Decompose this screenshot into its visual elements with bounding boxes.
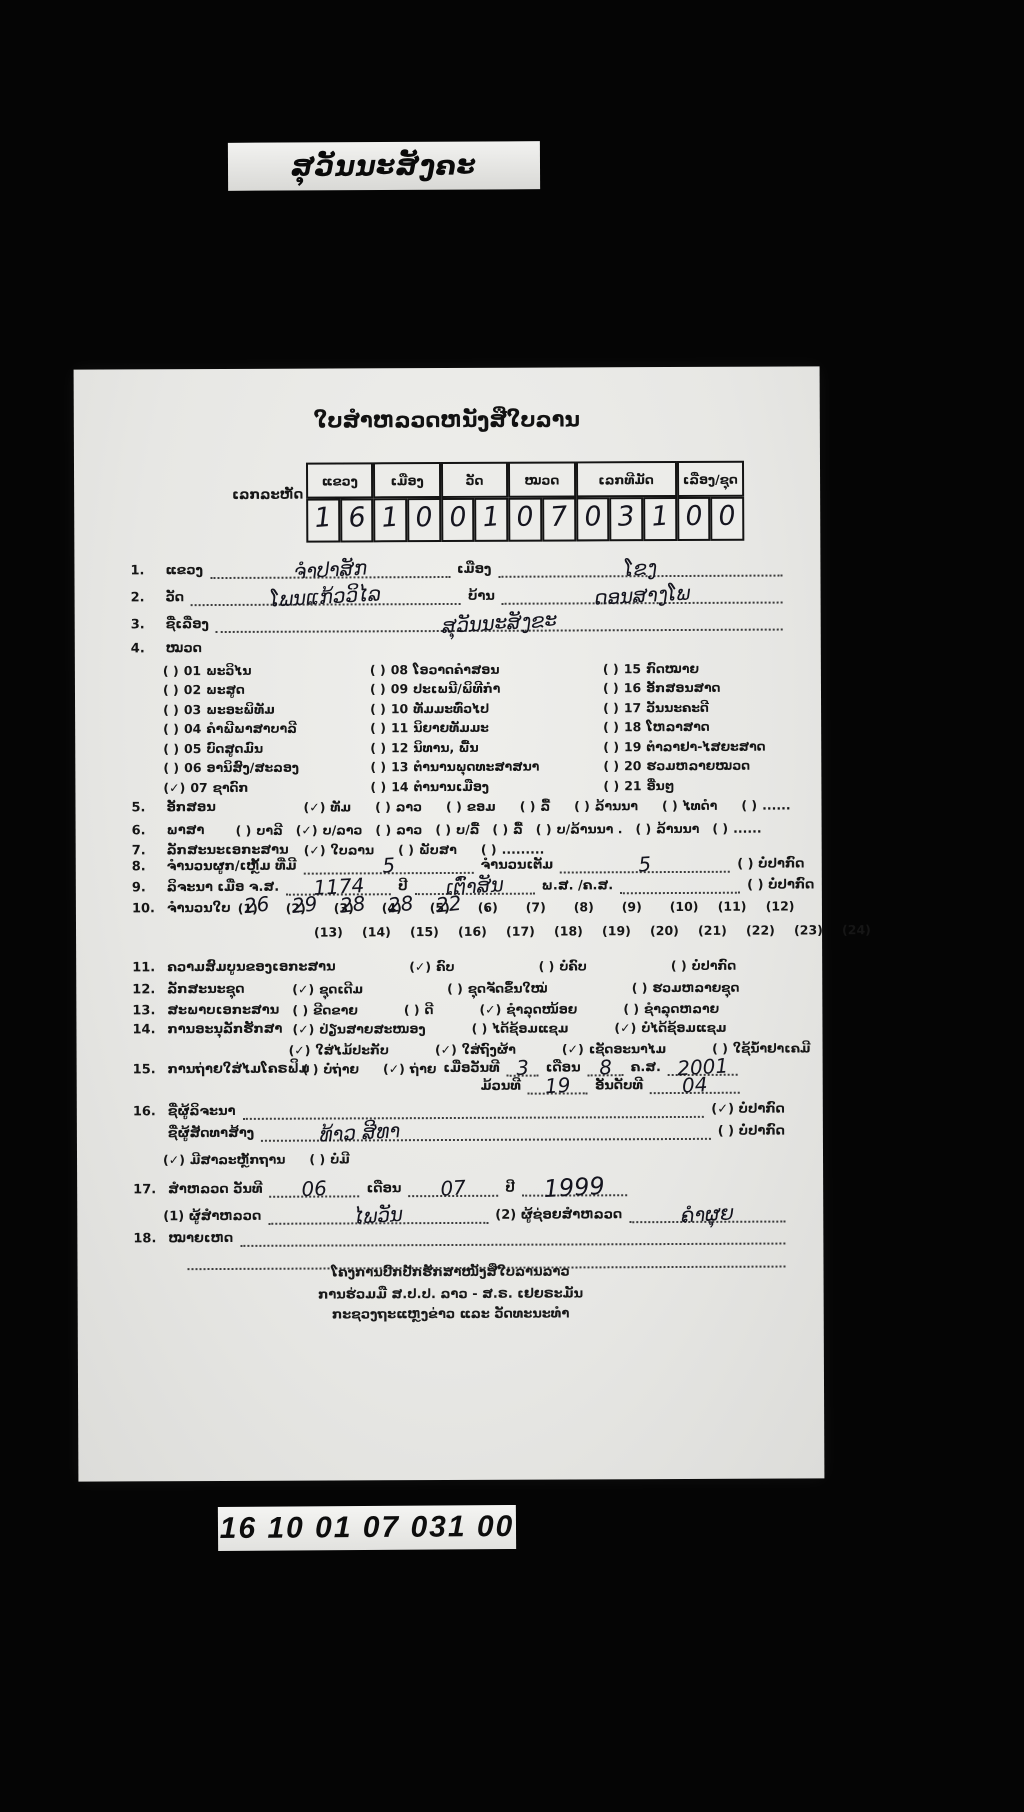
- checkbox-mark: ( ): [671, 957, 687, 973]
- leaf-count-slot: (7): [526, 899, 570, 915]
- checkbox-mark: ( ): [520, 798, 536, 814]
- option-label: ໂຫລາສາດ: [646, 719, 709, 734]
- handwritten-district: ໂຂງ: [624, 559, 657, 577]
- category-option: ( ) 18 ໂຫລາສາດ: [603, 714, 765, 734]
- form-line-microfilm-2: ມ້ວນທີ 19 ອັນດັບທີ 04: [481, 1078, 781, 1095]
- leaf-count-slot: (23): [794, 922, 838, 938]
- slot-label: (17): [506, 924, 535, 939]
- remarks-label: ໝາຍເຫດ: [168, 1231, 233, 1247]
- option-label: ຖ່າຍ: [410, 1061, 437, 1077]
- completeness-option: ( ) ບໍ່ປາກົດ: [671, 954, 736, 974]
- category-option: ( ) 21 ອື່ນໆ: [603, 773, 765, 793]
- option-label: ຊຸດເດີມ: [319, 981, 363, 997]
- option-number: 01: [184, 663, 201, 678]
- option-label: ຊຳລຸດຫລາຍ: [644, 1000, 719, 1016]
- leaf-count-slot: (21): [698, 923, 742, 939]
- category-option: ( ) 02 ພະສູດ: [163, 677, 299, 697]
- language-option: ( ) ......: [712, 817, 761, 837]
- category-option: ( ) 13 ຕຳນານພຸດທະສາສນາ: [370, 754, 539, 774]
- leaf-count-slot: 29 (2): [286, 901, 330, 917]
- checkbox-mark: ( ): [712, 820, 728, 836]
- leaf-count-slot: (24): [842, 922, 886, 938]
- leaf-count-slot: 26 (1): [238, 901, 282, 917]
- set-type-option: (✓) ຊຸດເດີມ: [292, 977, 363, 997]
- film-date-label: ເມື່ອວັນທີ: [443, 1060, 499, 1076]
- not-shown-option: ( ) ບໍ່ປາກົດ: [737, 856, 804, 872]
- code-digit-cell: 1: [374, 498, 408, 542]
- option-label: ......: [733, 820, 762, 836]
- footer-line: ການຮ່ວມມື ສ.ປ.ປ. ລາວ - ສ.ຣ. ເຢຍຣະມັນ: [78, 1285, 824, 1303]
- leaf-count-slot: (11): [718, 899, 762, 915]
- option-number: 14: [391, 779, 408, 794]
- survey-month-field: 07: [408, 1182, 498, 1197]
- code-digit-cell: 1: [643, 497, 677, 541]
- completeness-options: (✓) ຄົບ ( ) ບໍ່ຄົບ ( ) ບໍ່ປາກົດ: [409, 954, 736, 975]
- code-digit-cell: 6: [340, 498, 374, 542]
- line-number: 16.: [133, 1104, 161, 1120]
- option-number: 21: [624, 778, 641, 793]
- option-label: ຕຳລາຢາ-ໄສຍະສາດ: [646, 738, 765, 754]
- line-number: 3.: [131, 617, 159, 633]
- form-title: ໃບສຳຫລວດຫນັງສືໃບລານ: [74, 406, 820, 433]
- slot-label: (24): [842, 922, 871, 937]
- checkbox-mark: (✓): [303, 799, 325, 815]
- handwritten-digit: 1: [307, 501, 339, 534]
- option-label: ຮວມຫລາຍໝວດ: [646, 758, 750, 773]
- leaf-count-slot: (8): [574, 899, 618, 915]
- option-label: ລາວ: [396, 822, 422, 838]
- script-option: ( ) ລາວ: [375, 795, 422, 815]
- handwritten-film-day: 3: [516, 1059, 530, 1076]
- option-label: ນິຍາຍທັມມະ: [413, 720, 489, 735]
- option-label: ອານິສົງ/ສະລອງ: [206, 760, 299, 775]
- category-column-1: ( ) 01 ພະວິໄນ ( ) 02 ພະສູດ ( ) 03 ພະອະພິ…: [163, 658, 299, 795]
- checkbox-mark: ( ): [435, 821, 451, 837]
- microfilm-option: (✓) ຖ່າຍ: [383, 1057, 436, 1077]
- option-label: ໂອວາດຄຳສອນ: [413, 661, 499, 676]
- option-label: ດີ: [425, 1002, 434, 1018]
- handwritten-digit: 0: [577, 500, 609, 533]
- option-label: ພະອະພິທັມ: [206, 701, 275, 716]
- option-label: ທັມມະທົ່ວໄປ: [413, 700, 489, 715]
- code-column-header: ເມືອງ: [373, 462, 441, 498]
- checkbox-mark: ( ): [370, 779, 386, 794]
- doctype-options: (✓) ໃບລານ ( ) ພັບສາ ( ) .........: [304, 838, 545, 859]
- category-option: ( ) 15 ກົດໝາຍ: [603, 656, 765, 676]
- survey-day-field: 06: [270, 1182, 360, 1197]
- leaf-count-slots-2: (13) (14) (15) (16): [314, 922, 886, 940]
- option-label: ກົດໝາຍ: [646, 660, 699, 675]
- survey-date-label: ສຳຫລວດ ວັນທີ: [168, 1182, 263, 1198]
- category-option: ( ) 01 ພະວິໄນ: [163, 658, 299, 678]
- category-option: ( ) 12 ນິທານ, ພື້ນ: [370, 735, 539, 755]
- code-digit-cell: 1: [306, 498, 340, 542]
- option-label: ໃຊ້ນ້ຳຢາເຄມີ: [733, 1040, 811, 1056]
- checkbox-mark: ( ): [539, 958, 555, 974]
- conservation-option: (✓) ໃສ່ໄມ້ປະກັບ: [288, 1038, 388, 1058]
- category-option: ( ) 03 ພະອະພິທັມ: [163, 697, 299, 717]
- handwritten-digit: 7: [543, 500, 575, 533]
- option-label: ພະວິໄນ: [206, 662, 251, 677]
- handwritten-manuscript-title: ສຸວັນນະສັງຂະ: [441, 612, 557, 634]
- slot-label: (22): [746, 923, 775, 938]
- temple-field: ໂພນແກ້ວວິໄລ: [191, 590, 461, 606]
- slot-label: (11): [718, 899, 747, 914]
- checkbox-mark: ( ): [603, 719, 619, 734]
- option-label: ຊຳລຸດໜ້ອຍ: [506, 1001, 577, 1017]
- condition-option: (✓) ຊຳລຸດໜ້ອຍ: [479, 997, 577, 1017]
- option-label: ບໍ່ມີ: [330, 1151, 350, 1167]
- handwritten-donor: ທ້າວ ສີທາ: [319, 1122, 401, 1143]
- code-column-header: ວັດ: [441, 462, 509, 498]
- script-option: ( ) ໄທດຳ: [662, 794, 717, 814]
- evidence-options: (✓) ມີສາລະຫຼັກຖານ ( ) ບໍ່ມີ: [163, 1147, 350, 1167]
- checkbox-mark: ( ): [163, 760, 179, 775]
- leaf-count-slot: 28 (3): [334, 900, 378, 916]
- line-number: 10.: [132, 901, 160, 917]
- category-label: ໝວດ: [166, 641, 202, 657]
- set-type-options: (✓) ຊຸດເດີມ ( ) ຊຸດຈັດຂຶ້ນໃໝ່ ( ) ຮວມຫລາ…: [292, 976, 739, 997]
- leaf-count-slot: (13): [314, 924, 358, 940]
- leaf-count-slot: (17): [506, 924, 550, 940]
- checkbox-mark: ( ): [303, 1061, 319, 1077]
- checkbox-mark: (✓): [409, 959, 431, 975]
- form-line-scribe: 16. ຊື່ຜູ້ລິຈະນາ (✓) ບໍ່ປາກົດ: [133, 1102, 785, 1121]
- checkbox-mark: (✓): [289, 1042, 311, 1058]
- line-number: 12.: [132, 982, 160, 998]
- checkbox-mark: ( ): [370, 740, 386, 755]
- leaf-count-slot: . (6): [478, 900, 522, 916]
- option-label: ພັບສາ: [419, 841, 457, 857]
- handwritten-reel-number: 19: [545, 1077, 571, 1094]
- option-label: ນິທານ, ພື້ນ: [413, 739, 478, 754]
- microfilm-option: ( ) ບໍ່ຖ່າຍ: [303, 1057, 359, 1077]
- line-number: 11.: [132, 960, 160, 976]
- option-number: 20: [624, 758, 641, 773]
- checkbox-mark: (✓): [479, 1001, 501, 1017]
- handwritten-leaf-count: 28: [387, 895, 414, 914]
- handwritten-order-number: 04: [682, 1076, 708, 1093]
- code-grid: ແຂວງ ເມືອງ ວັດ ໝວດ ເລກທີມັດ ເລື່ອງ/ຊຸດ 1: [306, 461, 744, 543]
- option-label: ໃສ່ໄມ້ປະກັບ: [315, 1042, 389, 1058]
- handwritten-digit: 0: [509, 501, 541, 534]
- option-label: ບາລີ: [256, 822, 282, 838]
- order-field: 04: [650, 1079, 740, 1094]
- checkbox-mark: ( ): [536, 821, 552, 837]
- option-label: ທັມ: [330, 799, 351, 815]
- not-shown-option: ( ) ບໍ່ປາກົດ: [747, 877, 814, 893]
- province-label: ແຂວງ: [165, 563, 203, 579]
- category-column-2: ( ) 08 ໂອວາດຄຳສອນ ( ) 09 ປະເພນີ/ພິທີກຳ (…: [370, 657, 540, 794]
- slot-label: (8): [574, 899, 594, 914]
- form-line-province: 1. ແຂວງ ຈຳປາສັກ ເມືອງ ໂຂງ: [130, 561, 782, 580]
- code-digit-cell: 0: [576, 497, 610, 541]
- handwritten-province: ຈຳປາສັກ: [293, 559, 367, 579]
- option-label: .........: [502, 841, 545, 857]
- checkbox-mark: ( ): [603, 758, 619, 773]
- handwritten-digit: 0: [408, 501, 440, 534]
- option-label: ຄຳພີພາສາບາລີ: [206, 721, 297, 736]
- option-label: ໄດ້ຊ້ອມແຊມ: [492, 1020, 568, 1036]
- handwritten-leaf-count: .: [483, 896, 491, 913]
- code-column-header: ເລື່ອງ/ຊຸດ: [677, 461, 745, 497]
- checkbox-mark: ( ): [370, 681, 386, 696]
- line-number: 4.: [131, 641, 159, 657]
- condition-option: ( ) ຂີດຂາຍ: [292, 998, 358, 1018]
- checkbox-mark: ( ): [741, 797, 757, 813]
- language-options: ( ) ບາລີ (✓) ບ/ລາວ ( ) ລາວ ( ): [236, 817, 762, 839]
- option-label: ຕຳນານພຸດທະສາສນາ: [413, 759, 539, 775]
- option-label: ຄົບ: [436, 958, 455, 974]
- script-option: ( ) ຂອມ: [446, 795, 496, 815]
- option-label: ມີສາລະຫຼັກຖານ: [190, 1151, 286, 1167]
- conservation-option: (✓) ເຊັດອະນາໄມ: [562, 1037, 666, 1057]
- code-digit-cell: 0: [508, 498, 542, 542]
- slot-label: (7): [526, 900, 546, 915]
- slot-label: (12): [766, 898, 795, 913]
- fascicles-full-label: ຈຳນວນເຕັມ: [481, 858, 554, 874]
- handwritten-leaf-count: 29: [291, 895, 318, 914]
- leaf-count-slot: (18): [554, 923, 598, 939]
- checkbox-mark: ( ): [163, 682, 179, 697]
- option-number: 17: [624, 700, 641, 715]
- district-label: ເມືອງ: [457, 562, 491, 578]
- option-number: 02: [184, 682, 201, 697]
- code-grid-digit-row: 1 6 1 0 0: [306, 497, 744, 543]
- option-label: ......: [762, 797, 791, 813]
- form-line-completeness: 11. ຄວາມສົມບູນຂອງເອກະສານ (✓) ຄົບ ( ) ບໍ່…: [132, 954, 784, 976]
- line-number: 13.: [132, 1003, 160, 1019]
- film-title-text: ສຸວັນນະສັງຄະ: [291, 150, 476, 182]
- option-label: ບ/ລື້: [456, 821, 479, 837]
- option-label: ລື້: [513, 821, 523, 837]
- completeness-option: ( ) ບໍ່ຄົບ: [538, 954, 586, 974]
- footer-line: ກະຊວງຖະແຫຼງຂ່າວ ແລະ ວັດທະນະທຳ: [78, 1305, 824, 1323]
- option-number: 04: [184, 721, 201, 736]
- village-field: ດອນສາງໂພ: [502, 589, 783, 605]
- doctype-option: ( ) .........: [481, 838, 545, 858]
- option-label: ເຊັດອະນາໄມ: [589, 1041, 666, 1057]
- form-line-category: 4. ໝວດ: [131, 639, 783, 658]
- checkbox-mark: (✓): [614, 1020, 636, 1036]
- manuscript-title-field: ສຸວັນນະສັງຂະ: [216, 616, 783, 633]
- option-number: 08: [391, 662, 408, 677]
- option-label: ລື້: [540, 798, 550, 814]
- line-number: 8.: [132, 859, 160, 875]
- option-number: 06: [184, 760, 201, 775]
- district-field: ໂຂງ: [498, 562, 782, 578]
- checkbox-mark: (✓): [435, 1041, 457, 1057]
- option-label: ອື່ນໆ: [647, 778, 675, 793]
- handwritten-surveyor: ໄພວັນ: [353, 1206, 403, 1225]
- code-digit-cell: 0: [677, 497, 711, 541]
- option-label: ລ້ານນາ: [595, 798, 638, 814]
- option-label: ລ້ານນາ: [656, 820, 699, 836]
- code-digit-cell: 7: [542, 497, 576, 541]
- film-day-field: 3: [507, 1061, 539, 1076]
- slot-label: (18): [554, 923, 583, 938]
- form-line-conservation-1: 14. ການອະນຸລັກຮັກສາ (✓) ປ່ຽນສາຍສະໜອງ ( )…: [132, 1016, 784, 1038]
- checkbox-mark: ( ): [309, 1151, 325, 1167]
- checkbox-mark: ( ): [370, 701, 386, 716]
- evidence-option: (✓) ມີສາລະຫຼັກຖານ: [163, 1148, 285, 1168]
- option-label: ຂີດຂາຍ: [313, 1002, 358, 1018]
- checkbox-mark: ( ): [370, 759, 386, 774]
- language-option: ( ) ລ້ານນາ: [635, 817, 699, 837]
- category-option: ( ) 05 ບົດສູດມົນ: [163, 736, 299, 756]
- checkbox-mark: ( ): [603, 661, 619, 676]
- code-digit-cell: 1: [475, 498, 509, 542]
- footer-block: ໂຄງການປົກປັກຮັກສາໜັງສືໃບລານລາວ ການຮ່ວມມື…: [74, 366, 820, 369]
- not-shown-option: ( ) ບໍ່ປາກົດ: [718, 1124, 785, 1140]
- checkbox-mark: ( ): [404, 1002, 420, 1018]
- option-number: 11: [391, 720, 408, 735]
- slot-label: (13): [314, 924, 343, 939]
- set-type-label: ລັກສະນະຊຸດ: [167, 981, 285, 998]
- code-grid-header-row: ແຂວງ ເມືອງ ວັດ ໝວດ ເລກທີມັດ ເລື່ອງ/ຊຸດ: [306, 461, 744, 499]
- handwritten-village: ດອນສາງໂພ: [594, 584, 690, 605]
- handwritten-digit: 0: [442, 501, 474, 534]
- code-column-header: ເລກທີມັດ: [576, 461, 677, 497]
- bottom-code-text: 16 10 01 07 031 00: [220, 1510, 515, 1546]
- leaf-count-slots-1: 26 (1) 29 (2) 28 (3) 28: [238, 898, 810, 916]
- leaf-count-slot: (22): [746, 923, 790, 939]
- checkbox-mark: (✓): [296, 822, 318, 838]
- checkbox-mark: ( ): [662, 798, 678, 814]
- handwritten-digit: 1: [374, 501, 406, 534]
- line-number: 2.: [131, 590, 159, 606]
- line-number: 15.: [133, 1062, 161, 1078]
- checkbox-mark: ( ): [236, 822, 252, 838]
- checkbox-mark: ( ): [163, 741, 179, 756]
- script-option: (✓) ທັມ: [303, 795, 351, 815]
- category-option: ( ) 10 ທັມມະທົ່ວໄປ: [370, 696, 539, 716]
- form-line-leaf-counts-1: 10. ຈຳນວນໃບ 26 (1) 29 (2) 28: [132, 899, 784, 918]
- village-label: ບ້ານ: [468, 589, 495, 605]
- fascicles-full-field: 5: [560, 858, 730, 874]
- handwritten-survey-year: 1999: [543, 1178, 605, 1197]
- leaf-count-label: ຈຳນວນໃບ: [167, 901, 231, 917]
- checkbox-mark: (✓): [292, 1021, 314, 1037]
- checkbox-mark: (✓): [292, 981, 314, 997]
- checkbox-mark: ( ): [481, 841, 497, 857]
- code-digit-cell: 3: [609, 497, 643, 541]
- form-line-fascicles: 8. ຈຳນວນຜູກ/ເຫຼັ້ມ ທີ່ມີ 5 ຈຳນວນເຕັມ 5 (…: [132, 857, 784, 876]
- option-label: ຊຸດຈັດຂຶ້ນໃໝ່: [468, 980, 548, 996]
- set-type-option: ( ) ຊຸດຈັດຂຶ້ນໃໝ່: [447, 977, 548, 997]
- form-line-leaf-counts-2: (13) (14) (15) (16): [314, 922, 834, 940]
- handwritten-digit: 3: [610, 500, 642, 533]
- microfilm-label: ການຖ່າຍໃສ່ໄມໂຄຣຟິມ: [168, 1061, 296, 1078]
- checkbox-mark: ( ): [623, 1001, 639, 1017]
- leaf-count-slot: (9): [622, 899, 666, 915]
- handwritten-fascicles-have: 5: [382, 857, 396, 874]
- checkbox-mark: ( ): [446, 798, 462, 814]
- completeness-label: ຄວາມສົມບູນຂອງເອກະສານ: [167, 959, 402, 976]
- handwritten-survey-month: 07: [440, 1179, 466, 1196]
- option-label: ບໍ່ຄົບ: [559, 958, 587, 974]
- scribe-field: [242, 1103, 704, 1120]
- checkbox-mark: ( ): [603, 680, 619, 695]
- line-number: 7.: [132, 843, 160, 859]
- condition-label: ສະພາບເອກະສານ: [167, 1002, 285, 1019]
- checkbox-mark: ( ): [603, 778, 619, 793]
- microfilm-options: ( ) ບໍ່ຖ່າຍ (✓) ຖ່າຍ: [303, 1057, 437, 1077]
- reel-label: ມ້ວນທີ: [481, 1079, 521, 1095]
- donor-field: ທ້າວ ສີທາ: [261, 1125, 711, 1142]
- checkbox-mark: ( ): [632, 980, 648, 996]
- option-label: ຂອມ: [467, 798, 496, 814]
- scribe-label: ຊື່ຜູ້ລິຈະນາ: [168, 1104, 236, 1120]
- checkbox-mark: ( ): [398, 842, 414, 858]
- temple-label: ວັດ: [166, 590, 185, 606]
- option-label: ບໍ່ຖ່າຍ: [323, 1061, 359, 1077]
- option-number: 16: [624, 680, 641, 695]
- category-option: ( ) 16 ອັກສອນສາດ: [603, 675, 765, 695]
- fascicles-have-field: 5: [304, 859, 474, 875]
- handwritten-digit: 6: [341, 501, 373, 534]
- order-label: ອັນດັບທີ: [595, 1078, 643, 1094]
- handwritten-leaf-count: 28: [339, 895, 366, 914]
- script-option: ( ) ລ້ານນາ: [574, 794, 638, 814]
- completeness-option: (✓) ຄົບ: [409, 955, 454, 975]
- code-grid-label: ເລກລະຫັດ: [232, 487, 303, 503]
- film-era-label: ຄ.ສ.: [631, 1060, 661, 1076]
- assistant-surveyor-label: (2) ຜູ້ຊ່ອຍສຳຫລວດ: [495, 1207, 622, 1224]
- leaf-count-slot: (10): [670, 899, 714, 915]
- script-options: (✓) ທັມ ( ) ລາວ ( ) ຂອມ ( ): [303, 794, 790, 816]
- leaf-count-slot: (16): [458, 924, 502, 940]
- footer-line: ໂຄງການປົກປັກຮັກສາໜັງສືໃບລານລາວ: [77, 1263, 823, 1281]
- slot-label: (14): [362, 924, 391, 939]
- category-option: ( ) 06 ອານິສົງ/ສະລອງ: [163, 755, 299, 775]
- line-number: 9.: [132, 880, 160, 896]
- form-line-evidence: (✓) ມີສາລະຫຼັກຖານ ( ) ບໍ່ມີ: [163, 1145, 815, 1167]
- option-label: ບ/ລ້ານນາ .: [557, 821, 623, 837]
- reel-field: 19: [528, 1079, 588, 1094]
- bs-cs-field: [620, 879, 740, 895]
- category-column-3: ( ) 15 ກົດໝາຍ ( ) 16 ອັກສອນສາດ ( ) 17 ວັ…: [603, 656, 766, 793]
- option-number: 13: [391, 759, 408, 774]
- checkbox-mark: ( ): [375, 799, 391, 815]
- slot-label: (23): [794, 922, 823, 937]
- checkbox-mark: ( ): [603, 739, 619, 754]
- code-digit-cell: 0: [441, 498, 475, 542]
- doctype-option: (✓) ໃບລານ: [304, 838, 375, 858]
- province-field: ຈຳປາສັກ: [210, 563, 450, 579]
- checkbox-mark: ( ): [375, 822, 391, 838]
- bs-cs-label: ພ.ສ. /ຄ.ສ.: [542, 878, 614, 894]
- conservation-option: (✓) ບໍ່ໄດ້ຊ້ອມແຊມ: [614, 1016, 726, 1036]
- checkbox-mark: ( ): [163, 702, 179, 717]
- surveyor-label: (1) ຜູ້ສຳຫລວດ: [163, 1209, 261, 1225]
- slot-label: (10): [670, 899, 699, 914]
- film-month-field: 8: [588, 1061, 624, 1076]
- line-number: 14.: [132, 1022, 160, 1038]
- handwritten-assistant-surveyor: ຄຳຜຸຍ: [680, 1204, 734, 1223]
- language-option: ( ) ລື້: [492, 818, 522, 838]
- line-number: 5.: [131, 800, 159, 816]
- language-option: (✓) ບ/ລາວ: [296, 818, 363, 838]
- option-label: ໃສ່ຖົງຜ້າ: [462, 1041, 516, 1057]
- option-number: 15: [624, 661, 641, 676]
- option-number: 05: [184, 741, 201, 756]
- category-option: ( ) 11 ນິຍາຍທັມມະ: [370, 715, 539, 735]
- option-label: ບ/ລາວ: [323, 822, 363, 838]
- evidence-option: ( ) ບໍ່ມີ: [309, 1147, 349, 1167]
- checkbox-mark: (✓): [304, 842, 326, 858]
- line-number: 17.: [133, 1182, 161, 1198]
